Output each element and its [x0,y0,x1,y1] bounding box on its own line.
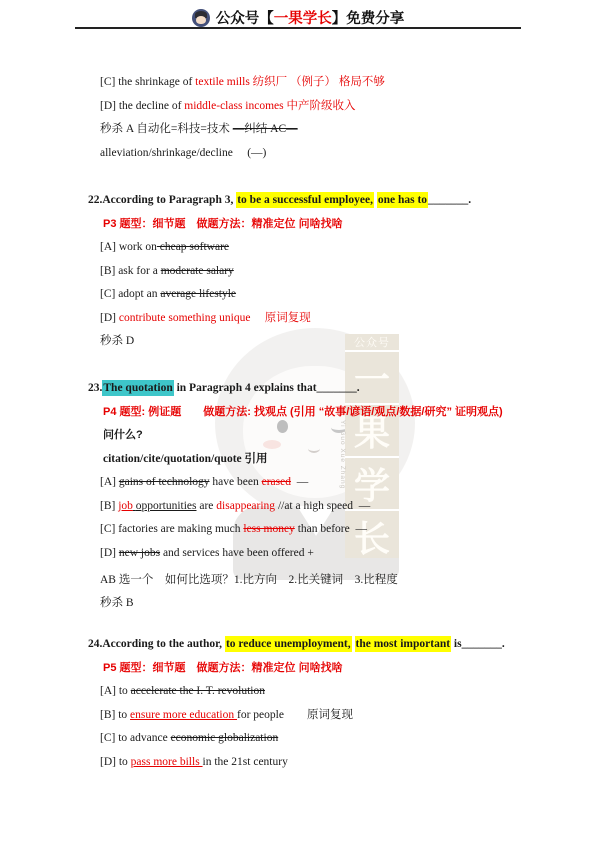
text-segment: new jobs [119,547,160,559]
note-23-answer: 秒杀 B [100,592,596,616]
text-segment: opportunities [136,500,197,512]
text-segment: 问什么? [103,429,143,441]
text-segment: disappearing [216,500,275,512]
text-segment: contribute something unique 原词复现 [119,312,311,324]
text-segment: 22.According to Paragraph 3, [88,194,236,206]
note-23-compare: AB 选一个 如何比选项？1.比方向 2.比关键词 3.比程度 [100,569,596,593]
text-segment: citation/cite/quotation/quote 引用 [103,453,268,465]
text-segment: P5 题型：细节题 做题方法：精准定位 问啥找啥 [103,662,343,674]
option-22A: [A] work on cheap software [100,236,596,260]
text-segment: //at a high speed — [275,500,370,512]
text-segment: are [197,500,217,512]
text-segment: accelerate the I. T. revolution [131,685,265,697]
header-title-suffix: 】免费分享 [332,11,405,27]
text-segment: less money [243,523,294,535]
text-segment: 24.According to the author, [88,638,225,650]
text-segment: and services have been offered + [160,547,314,559]
note-23-method: P4 题型: 例证题 做题方法: 找观点 (引用 “故事/谚语/观点/数据/研究… [103,401,596,425]
option-22C: [C] adopt an average lifestyle [100,283,596,307]
document-page: 公众号【一果学长】免费分享 公众号 一果学长 Yi Guo Xue Zhang … [0,0,596,842]
text-segment: cheap software [157,241,229,253]
question-23: 23.The quotation in Paragraph 4 explains… [88,377,596,401]
text-segment: average lifestyle [160,288,236,300]
option-23D: [D] new jobs and services have been offe… [100,542,596,566]
text-segment: [C] adopt an [100,288,160,300]
text-segment: economic globalization [171,732,279,744]
text-segment: [D] [100,312,119,324]
text-segment: _______. [462,638,505,650]
text-segment: [D] [100,547,119,559]
header-title-prefix: 公众号【 [216,11,274,27]
option-24C: [C] to advance economic globalization [100,727,596,751]
text-segment: textile mills 纺织厂 （例子） 格局不够 [195,76,385,88]
text-segment: pass more bills [131,756,203,768]
page-header: 公众号【一果学长】免费分享 [0,7,596,28]
text-segment: gains of technology [119,476,210,488]
option-24D: [D] to pass more bills in the 21st centu… [100,751,596,775]
note-23-words: citation/cite/quotation/quote 引用 [103,448,596,472]
question-24: 24.According to the author, to reduce un… [88,633,596,657]
text-segment: AB 选一个 如何比选项？1.比方向 2.比关键词 3.比程度 [100,574,398,586]
note-21-words: alleviation/shrinkage/decline (—) [100,142,596,166]
text-segment: job [118,500,133,512]
option-23C: [C] factories are making much less money… [100,518,596,542]
text-segment: The quotation [102,380,173,396]
text-segment: —纠结 AC— [233,123,298,135]
text-segment: in Paragraph 4 explains that [174,382,317,394]
text-segment: 23. [88,382,102,394]
option-23B: [B] job opportunities are disappearing /… [100,495,596,519]
header-divider [75,27,521,29]
text-segment: the most important [355,636,452,652]
text-segment: [A] [100,476,119,488]
text-segment: 秒杀 B [100,597,134,609]
text-segment: — [291,476,308,488]
text-segment: have been [210,476,262,488]
text-segment: ensure more education [130,709,237,721]
document-body: [C] the shrinkage of textile mills 纺织厂 （… [0,71,596,774]
note-22-answer: 秒杀 D [100,330,596,354]
text-segment: 秒杀 D [100,335,134,347]
note-21-answer: 秒杀 A 自动化=科技=技术 —纠结 AC— [100,118,596,142]
text-segment: to reduce unemployment, [225,636,352,652]
text-segment: than before — [295,523,367,535]
option-24B: [B] to ensure more education for people … [100,704,596,728]
option-22D: [D] contribute something unique 原词复现 [100,307,596,331]
note-23-ask: 问什么? [103,424,596,448]
text-segment: [A] work on [100,241,157,253]
text-segment: 秒杀 A 自动化=科技=技术 [100,123,233,135]
option-21D: [D] the decline of middle-class incomes … [100,95,596,119]
note-22-method: P3 题型：细节题 做题方法：精准定位 问啥找啥 [103,213,596,237]
text-segment: middle-class incomes 中产阶级收入 [184,100,355,112]
question-22: 22.According to Paragraph 3, to be a suc… [88,189,596,213]
text-segment: [C] the shrinkage of [100,76,195,88]
text-segment: [C] factories are making much [100,523,243,535]
option-21C: [C] the shrinkage of textile mills 纺织厂 （… [100,71,596,95]
text-segment: erased [262,476,291,488]
text-segment: P3 题型：细节题 做题方法：精准定位 问啥找啥 [103,218,343,230]
text-segment: moderate salary [161,265,234,277]
text-segment: [D] to [100,756,131,768]
text-segment: [B] [100,500,118,512]
text-segment: P4 题型: 例证题 做题方法: 找观点 (引用 “故事/谚语/观点/数据/研究… [103,406,503,418]
header-brand-name: 一果学长 [274,11,332,27]
text-segment: [B] to [100,709,130,721]
text-segment: _______. [428,194,471,206]
avatar-icon [192,9,210,27]
text-segment: to be a successful employee, [236,192,374,208]
text-segment: in the 21st century [203,756,288,768]
text-segment: _______. [317,382,360,394]
text-segment: is [451,638,462,650]
option-23A: [A] gains of technology have been erased… [100,471,596,495]
option-24A: [A] to accelerate the I. T. revolution [100,680,596,704]
text-segment: [C] to advance [100,732,171,744]
text-segment: one has to [377,192,428,208]
text-segment: [A] to [100,685,131,697]
option-22B: [B] ask for a moderate salary [100,260,596,284]
note-24-method: P5 题型：细节题 做题方法：精准定位 问啥找啥 [103,657,596,681]
text-segment: for people 原词复现 [237,709,353,721]
header-title: 公众号【一果学长】免费分享 [216,7,405,28]
text-segment: [D] the decline of [100,100,184,112]
text-segment: alleviation/shrinkage/decline (—) [100,147,266,159]
text-segment: [B] ask for a [100,265,161,277]
